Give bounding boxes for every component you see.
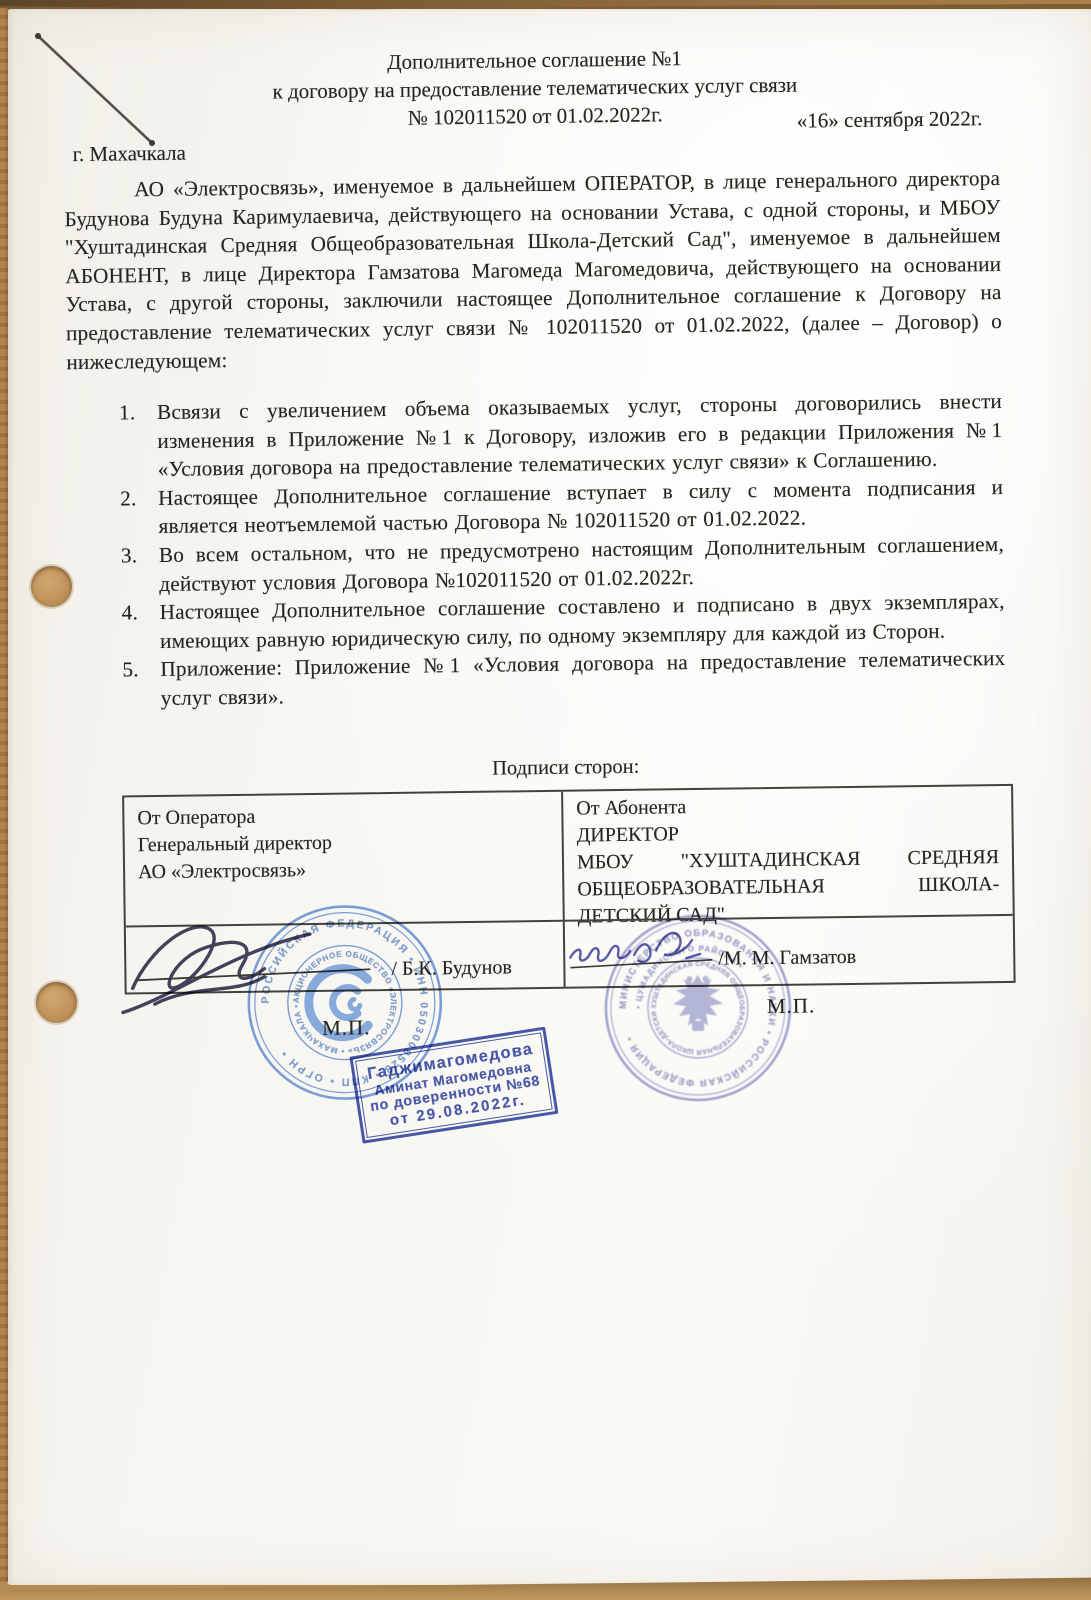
- intro-paragraph: АО «Электросвязь», именуемое в дальнейше…: [64, 164, 1003, 376]
- signatures-heading: Подписи сторон:: [122, 751, 1010, 786]
- document-date: «16» сентября 2022г.: [797, 106, 983, 133]
- operator-line: АО «Электросвязь»: [138, 854, 549, 886]
- document-city: г. Махачкала: [73, 141, 187, 167]
- seal-place-mark-abonent: М.П.: [767, 993, 816, 1019]
- list-item: Всвязи с увеличением объема оказываемых …: [157, 387, 1003, 484]
- scanned-page: Дополнительное соглашение №1 к договору …: [0, 0, 1091, 1600]
- school-stamp-eagle-emblem: [672, 975, 723, 1032]
- agreement-items: Всвязи с увеличением объема оказываемых …: [157, 387, 1006, 713]
- document-content: Дополнительное соглашение №1 к договору …: [0, 0, 1091, 1600]
- seal-place-mark-operator: М.П.: [322, 1015, 371, 1041]
- abonent-header-cell: От Абонента ДИРЕКТОР МБОУ "ХУШТАДИНСКАЯ …: [561, 786, 1013, 920]
- list-item: Приложение: Приложение №1 «Условия догов…: [160, 644, 1006, 712]
